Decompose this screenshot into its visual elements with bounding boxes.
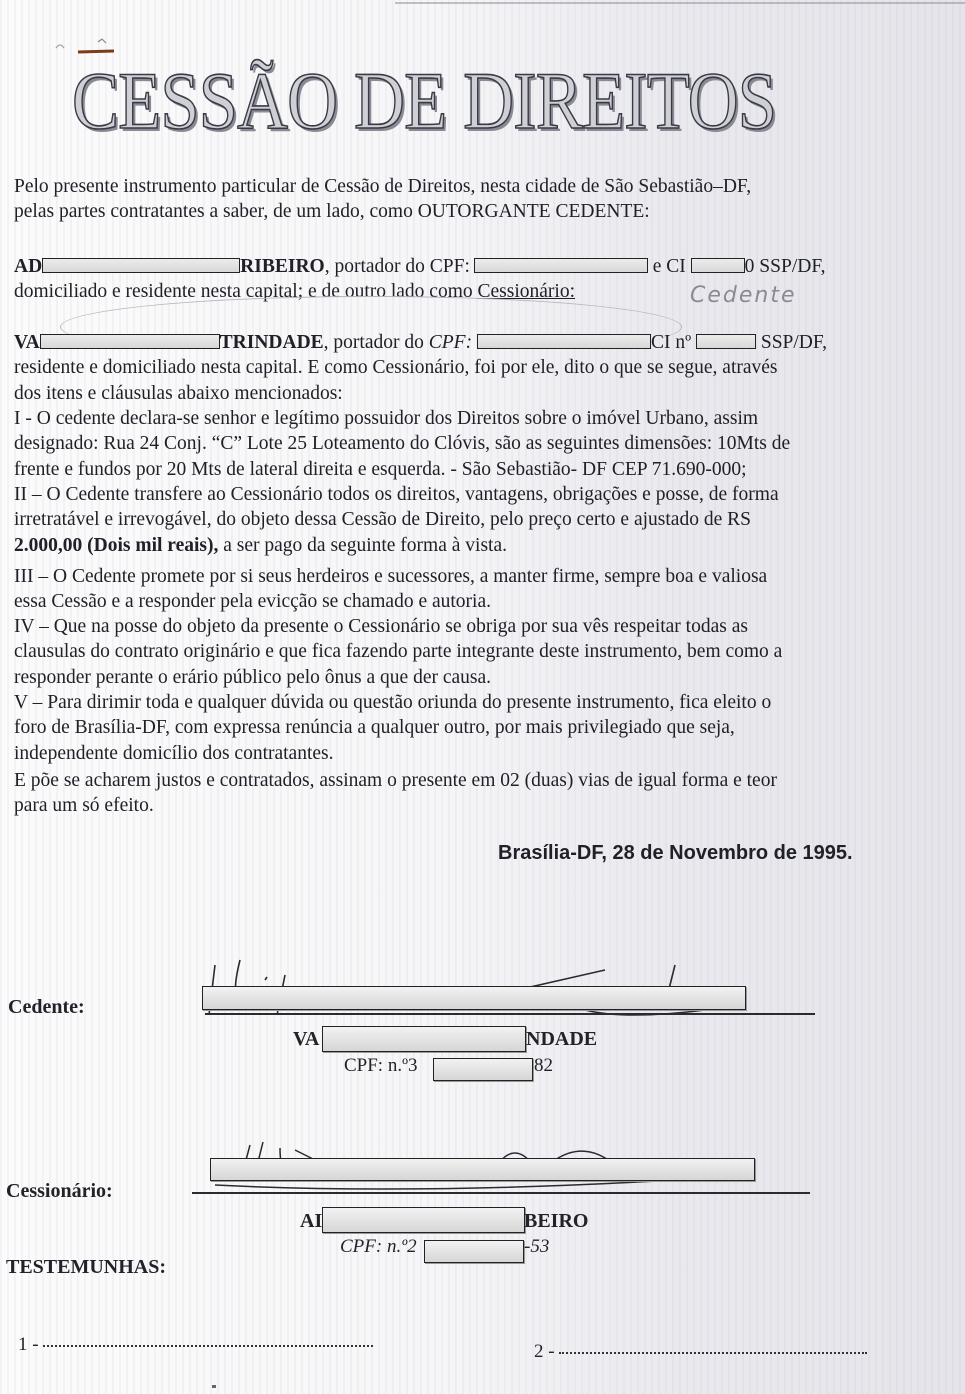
party-cedente-name-start: AD	[14, 256, 42, 277]
party-cedente-text: e CI	[648, 256, 691, 277]
cessionario-cpf-end: -53	[524, 1236, 549, 1258]
party-cedente-text: , portador do CPF:	[325, 256, 470, 277]
cedente-name-start: VA	[293, 1028, 319, 1051]
clause-III: III – O Cedente promete por si seus herd…	[14, 564, 894, 615]
witnesses-label: TESTEMUNHAS:	[6, 1256, 166, 1279]
signature-dotted-line	[43, 1345, 373, 1347]
clause-line: IV – Que na posse do objeto da presente …	[14, 614, 894, 639]
cessionario-cpf-start: CPF: n.º2	[340, 1236, 417, 1258]
intro-line-1: Pelo presente instrumento particular de …	[14, 174, 894, 199]
signature-dotted-line	[559, 1352, 867, 1354]
cessionario-label: Cessionário:	[6, 1180, 113, 1203]
cpf-label: CPF:	[429, 332, 472, 353]
date-line: Brasília-DF, 28 de Novembro de 1995.	[498, 842, 853, 865]
redaction-box	[696, 334, 756, 349]
party-cedente-text: 0 SSP/DF,	[745, 256, 826, 277]
clause-line: clausulas do contrato originário e que f…	[14, 639, 894, 664]
redaction-box	[433, 1058, 533, 1081]
redaction-box	[322, 1026, 526, 1052]
redaction-box	[42, 258, 240, 273]
cedente-name-end: NDADE	[526, 1028, 597, 1051]
cedente-cpf-end: 82	[534, 1055, 553, 1077]
cessionario-name-end: BEIRO	[524, 1210, 588, 1233]
witness-number: 1 -	[18, 1334, 39, 1355]
redaction-box	[477, 334, 651, 349]
handwritten-corner-mark	[52, 38, 122, 56]
clause-V: V – Para dirimir toda e qualquer dúvida …	[14, 690, 894, 766]
party-cessionario-line-1: VATRINDADE, portador do CPF: CI nº SSP/D…	[14, 330, 894, 355]
clause-line: II – O Cedente transfere ao Cessionário …	[14, 482, 894, 507]
clause-line: responder perante o erário público pelo …	[14, 665, 894, 690]
clause-I: I - O cedente declara-se senhor e legíti…	[14, 406, 894, 482]
signature-line	[205, 1013, 815, 1015]
clause-line: para um só efeito.	[14, 793, 894, 818]
clause-line: V – Para dirimir toda e qualquer dúvida …	[14, 690, 894, 715]
party-cessionario-text: CI nº	[651, 332, 696, 353]
closing-clause: E põe se acharem justos e contratados, a…	[14, 768, 894, 819]
price-amount: 2.000,00 (Dois mil reais),	[14, 535, 218, 556]
redaction-box	[424, 1240, 524, 1263]
clause-line: frente e fundos por 20 Mts de lateral di…	[14, 457, 894, 482]
clause-IV: IV – Que na posse do objeto da presente …	[14, 614, 894, 690]
clause-line: designado: Rua 24 Conj. “C” Lote 25 Lote…	[14, 431, 894, 456]
redaction-box	[474, 258, 648, 273]
document-title: CESSÃO DE DIREITOS	[72, 60, 776, 142]
intro-paragraph: Pelo presente instrumento particular de …	[14, 174, 894, 225]
witness-2-line: 2 -	[534, 1341, 867, 1363]
party-cessionario-paragraph: VATRINDADE, portador do CPF: CI nº SSP/D…	[14, 330, 894, 406]
intro-line-2: pelas partes contratantes a saber, de um…	[14, 199, 894, 224]
signature-line	[192, 1192, 810, 1194]
clause-line: 2.000,00 (Dois mil reais), a ser pago da…	[14, 533, 894, 558]
witness-number: 2 -	[534, 1341, 555, 1362]
cedente-cpf-start: CPF: n.º3	[344, 1055, 417, 1077]
party-cessionario-line-3: dos itens e cláusulas abaixo mencionados…	[14, 381, 894, 406]
clause-line: I - O cedente declara-se senhor e legíti…	[14, 406, 894, 431]
redaction-box	[322, 1207, 525, 1233]
party-cessionario-name-start: VA	[14, 332, 40, 353]
redaction-box	[202, 986, 746, 1010]
party-cessionario-text: SSP/DF,	[756, 332, 827, 353]
party-cessionario-text: , portador do	[324, 332, 429, 353]
clause-line: foro de Brasília-DF, com expressa renúnc…	[14, 715, 894, 740]
clause-line: irretratável e irrevogável, do objeto de…	[14, 507, 894, 532]
witness-1-line: 1 -	[18, 1334, 373, 1356]
clause-line: independente domicílio dos contratantes.	[14, 741, 894, 766]
speck	[212, 1385, 216, 1388]
redaction-box	[40, 334, 220, 349]
party-cessionario-line-2: residente e domiciliado nesta capital. E…	[14, 355, 894, 380]
cedente-label: Cedente:	[8, 996, 85, 1019]
redaction-box	[210, 1158, 755, 1181]
clause-line: essa Cessão e a responder pela evicção s…	[14, 589, 894, 614]
cessionario-name-start: AI	[300, 1210, 322, 1233]
clause-line: III – O Cedente promete por si seus herd…	[14, 564, 894, 589]
redaction-box	[691, 258, 745, 273]
clause-text: a ser pago da seguinte forma à vista.	[218, 535, 507, 556]
clause-line: E põe se acharem justos e contratados, a…	[14, 768, 894, 793]
party-cedente-name-end: RIBEIRO	[240, 256, 325, 277]
top-edge-rule	[395, 2, 965, 4]
party-cedente-line-1: ADRIBEIRO, portador do CPF: e CI 0 SSP/D…	[14, 254, 894, 279]
clause-II: II – O Cedente transfere ao Cessionário …	[14, 482, 894, 558]
handwritten-note: Cedente	[690, 283, 797, 308]
party-cessionario-name-end: TRINDADE	[220, 332, 324, 353]
